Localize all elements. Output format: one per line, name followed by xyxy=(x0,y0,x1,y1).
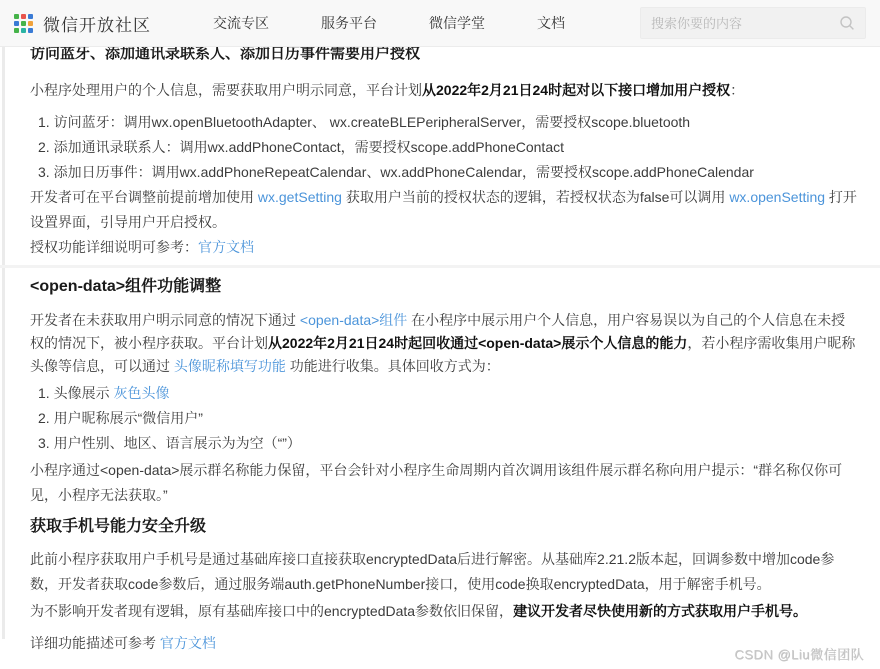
nav-item-forum[interactable]: 交流专区 xyxy=(213,13,269,33)
inline-link[interactable]: wx.openSetting xyxy=(729,189,825,205)
text: <open-data>组件功能调整 xyxy=(30,278,221,295)
section-divider xyxy=(0,265,880,268)
list-item: 3. 添加日历事件：调用wx.addPhoneRepeatCalendar、wx… xyxy=(30,160,858,185)
paragraph: 授权功能详细说明可参考：官方文档 xyxy=(30,235,858,260)
list-item: 2. 用户昵称展示“微信用户” xyxy=(30,406,858,431)
paragraph: 小程序通过<open-data>展示群名称能力保留，平台会针对小程序生命周期内首… xyxy=(30,458,858,508)
paragraph: 为不影响开发者现有逻辑，原有基础库接口中的encryptedData参数依旧保留… xyxy=(30,599,858,624)
paragraph: 开发者可在平台调整前提前增加使用 wx.getSetting 获取用户当前的授权… xyxy=(30,185,858,235)
bold-text: 从2022年2月21日24时起回收通过<open-data>展示个人信息的能力 xyxy=(268,335,687,351)
bold-text: 建议开发者尽快使用新的方式获取用户手机号。 xyxy=(513,603,807,619)
brand[interactable]: 微信开放社区 xyxy=(14,11,151,36)
text: ： xyxy=(730,82,744,98)
section-heading-opendata: <open-data>组件功能调整 xyxy=(30,276,858,297)
inline-link[interactable]: 头像昵称填写功能 xyxy=(174,358,286,374)
section-heading-authorization: 访问蓝牙、添加通讯录联系人、添加日历事件需要用户授权 xyxy=(30,47,858,64)
list-item: 1. 访问蓝牙：调用wx.openBluetoothAdapter、 wx.cr… xyxy=(30,110,858,135)
text: 3. 添加日历事件：调用wx.addPhoneRepeatCalendar、wx… xyxy=(38,164,754,180)
text: 开发者在未获取用户明示同意的情况下通过 xyxy=(30,312,300,328)
community-logo-icon xyxy=(14,14,33,33)
paragraph: 小程序处理用户的个人信息，需要获取用户明示同意，平台计划从2022年2月21日2… xyxy=(30,78,858,103)
text: 授权功能详细说明可参考： xyxy=(30,239,198,255)
text: 2. 添加通讯录联系人：调用wx.addPhoneContact，需要授权sco… xyxy=(38,139,564,155)
text: 1. 访问蓝牙：调用wx.openBluetoothAdapter、 wx.cr… xyxy=(38,114,690,130)
nav-item-docs[interactable]: 文档 xyxy=(537,13,565,33)
list-item: 3. 用户性别、地区、语言展示为为空（“”） xyxy=(30,431,858,456)
page: 微信开放社区 交流专区 服务平台 微信学堂 文档 访问蓝牙、添加通讯录联系人、添… xyxy=(0,0,880,669)
text: 1. 头像展示 xyxy=(38,385,113,401)
text: 为不影响开发者现有逻辑，原有基础库接口中的encryptedData参数依旧保留… xyxy=(30,603,513,619)
inline-link[interactable]: <open-data>组件 xyxy=(300,312,407,328)
text: 2. 用户昵称展示“微信用户” xyxy=(38,410,203,426)
search-input[interactable] xyxy=(651,16,839,31)
text: 3. 用户性别、地区、语言展示为为空（“”） xyxy=(38,435,301,451)
text: 小程序处理用户的个人信息，需要获取用户明示同意，平台计划 xyxy=(30,82,422,98)
section-heading-phonenumber: 获取手机号能力安全升级 xyxy=(30,516,858,537)
paragraph: 此前小程序获取用户手机号是通过基础库接口直接获取encryptedData后进行… xyxy=(30,547,858,597)
inline-link[interactable]: 官方文档 xyxy=(160,635,216,651)
inline-link[interactable]: 官方文档 xyxy=(198,239,254,255)
inline-link[interactable]: wx.getSetting xyxy=(258,189,342,205)
inline-link[interactable]: 灰色头像 xyxy=(113,385,169,401)
nav-item-service[interactable]: 服务平台 xyxy=(321,13,377,33)
csdn-watermark: CSDN @Liu微信团队 xyxy=(735,644,865,663)
search-icon[interactable] xyxy=(839,15,855,31)
bold-text: 从2022年2月21日24时起对以下接口增加用户授权 xyxy=(422,82,730,98)
list-item: 2. 添加通讯录联系人：调用wx.addPhoneContact，需要授权sco… xyxy=(30,135,858,160)
text: 开发者可在平台调整前提前增加使用 xyxy=(30,189,258,205)
search-box[interactable] xyxy=(640,7,866,39)
nav-menu: 交流专区 服务平台 微信学堂 文档 xyxy=(213,13,565,33)
brand-title: 微信开放社区 xyxy=(43,11,151,36)
article: 访问蓝牙、添加通讯录联系人、添加日历事件需要用户授权 小程序处理用户的个人信息，… xyxy=(0,47,880,656)
text: 小程序通过<open-data>展示群名称能力保留，平台会针对小程序生命周期内首… xyxy=(30,462,842,503)
text: 详细功能描述可参考 xyxy=(30,635,160,651)
text: 此前小程序获取用户手机号是通过基础库接口直接获取encryptedData后进行… xyxy=(30,551,834,592)
nav-item-school[interactable]: 微信学堂 xyxy=(429,13,485,33)
list-item: 1. 头像展示 灰色头像 xyxy=(30,381,858,406)
text: 获取用户当前的授权状态的逻辑，若授权状态为false可以调用 xyxy=(342,189,729,205)
text: 访问蓝牙、添加通讯录联系人、添加日历事件需要用户授权 xyxy=(30,47,420,62)
top-navbar: 微信开放社区 交流专区 服务平台 微信学堂 文档 xyxy=(0,0,880,47)
text: 获取手机号能力安全升级 xyxy=(30,518,206,535)
text: 功能进行收集。具体回收方式为： xyxy=(286,358,500,374)
paragraph: 开发者在未获取用户明示同意的情况下通过 <open-data>组件 在小程序中展… xyxy=(30,309,858,378)
